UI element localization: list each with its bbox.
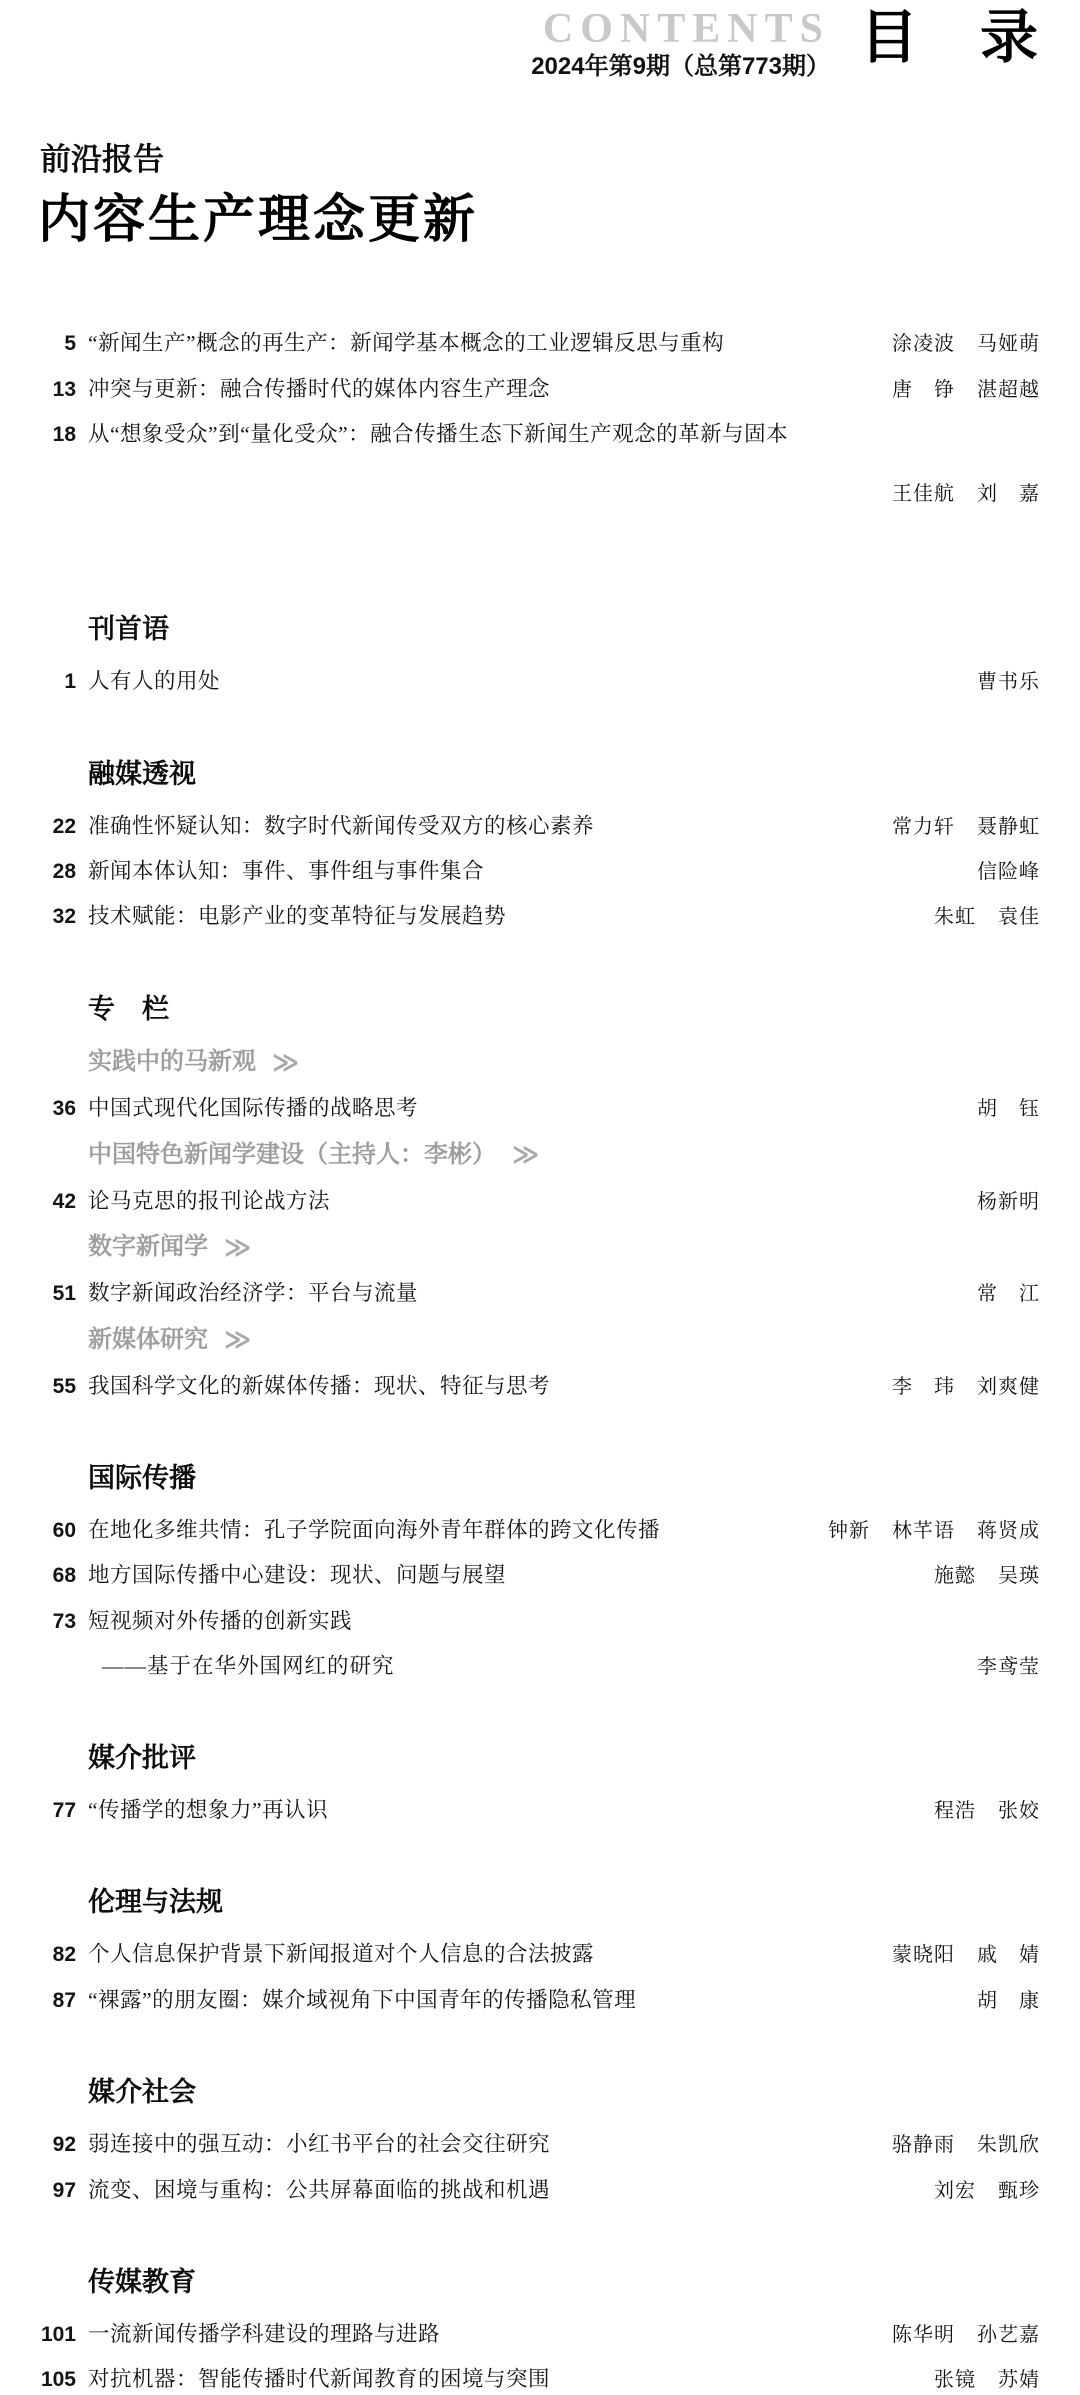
article-title: 中国式现代化国际传播的战略思考 — [88, 1094, 953, 1123]
article-authors: 信险峰 — [977, 859, 1040, 886]
article-title: “传播学的想象力”再认识 — [88, 1796, 910, 1825]
section-label: 刊首语 — [88, 614, 1040, 645]
article-authors: 钟新林芊语蒋贤成 — [828, 1518, 1040, 1545]
article-authors: 胡 钰 — [977, 1096, 1040, 1123]
article-authors: 王佳航刘 嘉 — [20, 477, 1040, 506]
author-name: 朱虹 — [934, 904, 976, 931]
page-number: 18 — [20, 421, 76, 449]
article-row: 101一流新闻传播学科建设的理路与进路陈华明孙艺嘉 — [20, 2320, 1040, 2349]
subsection-label: 实践中的马新观 — [88, 1048, 256, 1077]
front-section-label: 前沿报告 — [40, 142, 1040, 178]
article-row: 42论马克思的报刊论战方法杨新明 — [20, 1187, 1040, 1216]
article-row: 87“裸露”的朋友圈：媒介域视角下中国青年的传播隐私管理胡 康 — [20, 1986, 1040, 2015]
feature-article-list: 5“新闻生产”概念的再生产：新闻学基本概念的工业逻辑反思与重构涂凌波马娅萌13冲… — [20, 329, 1040, 506]
section-label: 伦理与法规 — [88, 1887, 1040, 1918]
subsection-label: 新媒体研究 — [88, 1326, 208, 1355]
article-row: 77“传播学的想象力”再认识程浩张姣 — [20, 1796, 1040, 1825]
page-title: 目 录 — [860, 6, 1040, 71]
page-number: 73 — [20, 1608, 76, 1636]
article-title: “新闻生产”概念的再生产：新闻学基本概念的工业逻辑反思与重构 — [88, 329, 868, 358]
author-name: 朱凯欣 — [977, 2132, 1040, 2159]
article-row: 55我国科学文化的新媒体传播：现状、特征与思考李 玮刘爽健 — [20, 1372, 1040, 1401]
article-title: 技术赋能：电影产业的变革特征与发展趋势 — [88, 902, 910, 931]
article-title: 我国科学文化的新媒体传播：现状、特征与思考 — [88, 1372, 868, 1401]
page-number: 55 — [20, 1373, 76, 1401]
page-number: 28 — [20, 858, 76, 886]
feature-title: 内容生产理念更新 — [38, 191, 1040, 251]
author-name: 林芊语 — [892, 1518, 955, 1545]
article-title: 准确性怀疑认知：数字时代新闻传受双方的核心素养 — [88, 812, 868, 841]
chevron-right-icon: ≫ — [272, 1047, 297, 1078]
page-number: 68 — [20, 1562, 76, 1590]
article-title: 从“想象受众”到“量化受众”：融合传播生态下新闻生产观念的革新与固本 — [88, 420, 1040, 449]
article-authors: 常 江 — [977, 1281, 1040, 1308]
article-subtitle-row: ——基于在华外国网红的研究李鸢莹 — [20, 1652, 1040, 1681]
author-name: 湛超越 — [977, 377, 1040, 404]
page-number: 101 — [20, 2321, 76, 2349]
author-name: 刘宏 — [934, 2178, 976, 2205]
article-authors: 施懿吴瑛 — [934, 1563, 1040, 1590]
article-title: 流变、困境与重构：公共屏幕面临的挑战和机遇 — [88, 2176, 910, 2205]
article-authors: 陈华明孙艺嘉 — [892, 2322, 1040, 2349]
article-authors: 杨新明 — [977, 1189, 1040, 1216]
article-title: 冲突与更新：融合传播时代的媒体内容生产理念 — [88, 375, 868, 404]
page-number: 87 — [20, 1987, 76, 2015]
article-title: 在地化多维共情：孔子学院面向海外青年群体的跨文化传播 — [88, 1516, 804, 1545]
article-authors: 李 玮刘爽健 — [892, 1374, 1040, 1401]
page-number: 105 — [20, 2366, 76, 2394]
section-label: 融媒透视 — [88, 759, 1040, 790]
article-authors: 张镜苏婧 — [934, 2367, 1040, 2394]
author-name: 苏婧 — [998, 2367, 1040, 2394]
subsection-header: 实践中的马新观≫ — [88, 1047, 1040, 1078]
chevron-right-icon: ≫ — [224, 1232, 249, 1263]
article-row: 18从“想象受众”到“量化受众”：融合传播生态下新闻生产观念的革新与固本 — [20, 420, 1040, 449]
article-authors: 蒙晓阳戚 婧 — [892, 1942, 1040, 1969]
article-row: 105对抗机器：智能传播时代新闻教育的困境与突围张镜苏婧 — [20, 2365, 1040, 2394]
author-name: 刘 嘉 — [977, 477, 1040, 506]
article-row: 97流变、困境与重构：公共屏幕面临的挑战和机遇刘宏甄珍 — [20, 2176, 1040, 2205]
section-label: 专 栏 — [88, 994, 1040, 1025]
author-name: 唐 铮 — [892, 377, 955, 404]
author-name: 聂静虹 — [977, 814, 1040, 841]
page-number: 97 — [20, 2177, 76, 2205]
author-name: 胡 康 — [977, 1988, 1040, 2015]
page-number: 82 — [20, 1941, 76, 1969]
article-row: 92弱连接中的强互动：小红书平台的社会交往研究骆静雨朱凯欣 — [20, 2130, 1040, 2159]
article-title: 论马克思的报刊论战方法 — [88, 1187, 953, 1216]
section: 融媒透视22准确性怀疑认知：数字时代新闻传受双方的核心素养常力轩聂静虹28新闻本… — [20, 759, 1040, 932]
author-name: 甄珍 — [998, 2178, 1040, 2205]
article-row: 13冲突与更新：融合传播时代的媒体内容生产理念唐 铮湛超越 — [20, 375, 1040, 404]
author-name: 陈华明 — [892, 2322, 955, 2349]
author-name: 李 玮 — [892, 1374, 955, 1401]
article-title: 对抗机器：智能传播时代新闻教育的困境与突围 — [88, 2365, 910, 2394]
author-name: 张镜 — [934, 2367, 976, 2394]
article-authors: 刘宏甄珍 — [934, 2178, 1040, 2205]
article-authors: 程浩张姣 — [934, 1798, 1040, 1825]
article-title: 新闻本体认知：事件、事件组与事件集合 — [88, 857, 953, 886]
article-title: 短视频对外传播的创新实践 — [88, 1607, 1040, 1636]
issue-info: 2024年第9期（总第773期） — [531, 53, 830, 82]
article-row: 60在地化多维共情：孔子学院面向海外青年群体的跨文化传播钟新林芊语蒋贤成 — [20, 1516, 1040, 1545]
author-name: 常 江 — [977, 1281, 1040, 1308]
section-label: 媒介社会 — [88, 2077, 1040, 2108]
article-authors: 骆静雨朱凯欣 — [892, 2132, 1040, 2159]
article-authors: 涂凌波马娅萌 — [892, 331, 1040, 358]
subsection-label: 数字新闻学 — [88, 1233, 208, 1262]
article-title: 数字新闻政治经济学：平台与流量 — [88, 1279, 953, 1308]
author-name: 孙艺嘉 — [977, 2322, 1040, 2349]
page-number: 5 — [20, 330, 76, 358]
section: 专 栏实践中的马新观≫36中国式现代化国际传播的战略思考胡 钰中国特色新闻学建设… — [20, 994, 1040, 1401]
page-number: 22 — [20, 813, 76, 841]
author-name: 钟新 — [828, 1518, 870, 1545]
author-name: 刘爽健 — [977, 1374, 1040, 1401]
article-row: 32技术赋能：电影产业的变革特征与发展趋势朱虹袁佳 — [20, 902, 1040, 931]
chevron-right-icon: ≫ — [224, 1324, 249, 1355]
article-title: 地方国际传播中心建设：现状、问题与展望 — [88, 1561, 910, 1590]
article-title: 弱连接中的强互动：小红书平台的社会交往研究 — [88, 2130, 868, 2159]
article-row: 82个人信息保护背景下新闻报道对个人信息的合法披露蒙晓阳戚 婧 — [20, 1940, 1040, 1969]
author-name: 袁佳 — [998, 904, 1040, 931]
page-header: CONTENTS 2024年第9期（总第773期） 目 录 — [20, 6, 1040, 82]
author-name: 张姣 — [998, 1798, 1040, 1825]
article-row: 1人有人的用处曹书乐 — [20, 667, 1040, 696]
section-label: 国际传播 — [88, 1463, 1040, 1494]
article-authors: 李鸢莹 — [977, 1654, 1040, 1681]
section: 刊首语1人有人的用处曹书乐 — [20, 614, 1040, 696]
section: 伦理与法规82个人信息保护背景下新闻报道对个人信息的合法披露蒙晓阳戚 婧87“裸… — [20, 1887, 1040, 2015]
section: 传媒教育101一流新闻传播学科建设的理路与进路陈华明孙艺嘉105对抗机器：智能传… — [20, 2267, 1040, 2395]
page-number: 51 — [20, 1280, 76, 1308]
article-title: “裸露”的朋友圈：媒介域视角下中国青年的传播隐私管理 — [88, 1986, 953, 2015]
article-subtitle: ——基于在华外国网红的研究 — [88, 1652, 953, 1681]
article-title: 人有人的用处 — [88, 667, 953, 696]
chevron-right-icon: ≫ — [512, 1139, 537, 1170]
page-number: 13 — [20, 376, 76, 404]
author-name: 蒙晓阳 — [892, 1942, 955, 1969]
section: 国际传播60在地化多维共情：孔子学院面向海外青年群体的跨文化传播钟新林芊语蒋贤成… — [20, 1463, 1040, 1681]
contents-watermark: CONTENTS — [531, 8, 830, 50]
page-number: 42 — [20, 1188, 76, 1216]
subsection-label: 中国特色新闻学建设（主持人：李彬） — [88, 1141, 496, 1170]
author-name: 程浩 — [934, 1798, 976, 1825]
author-name: 常力轩 — [892, 814, 955, 841]
article-row: 36中国式现代化国际传播的战略思考胡 钰 — [20, 1094, 1040, 1123]
article-authors: 朱虹袁佳 — [934, 904, 1040, 931]
subsection-header: 新媒体研究≫ — [88, 1324, 1040, 1355]
author-name: 信险峰 — [977, 859, 1040, 886]
author-name: 戚 婧 — [977, 1942, 1040, 1969]
article-authors: 唐 铮湛超越 — [892, 377, 1040, 404]
author-name: 施懿 — [934, 1563, 976, 1590]
header-left-block: CONTENTS 2024年第9期（总第773期） — [531, 6, 830, 82]
page-number: 77 — [20, 1797, 76, 1825]
author-name: 王佳航 — [892, 477, 955, 506]
article-row: 28新闻本体认知：事件、事件组与事件集合信险峰 — [20, 857, 1040, 886]
section-label: 传媒教育 — [88, 2267, 1040, 2298]
author-name: 骆静雨 — [892, 2132, 955, 2159]
section-list: 刊首语1人有人的用处曹书乐融媒透视22准确性怀疑认知：数字时代新闻传受双方的核心… — [20, 614, 1040, 2394]
article-title: 一流新闻传播学科建设的理路与进路 — [88, 2320, 868, 2349]
toc-page: CONTENTS 2024年第9期（总第773期） 目 录 前沿报告 内容生产理… — [0, 0, 1080, 2395]
article-authors: 曹书乐 — [977, 669, 1040, 696]
author-name: 吴瑛 — [998, 1563, 1040, 1590]
page-number: 92 — [20, 2131, 76, 2159]
page-number: 1 — [20, 668, 76, 696]
article-row: 5“新闻生产”概念的再生产：新闻学基本概念的工业逻辑反思与重构涂凌波马娅萌 — [20, 329, 1040, 358]
author-name: 李鸢莹 — [977, 1654, 1040, 1681]
author-name: 蒋贤成 — [977, 1518, 1040, 1545]
page-number: 36 — [20, 1095, 76, 1123]
page-number: 60 — [20, 1517, 76, 1545]
section: 媒介批评77“传播学的想象力”再认识程浩张姣 — [20, 1743, 1040, 1825]
page-number: 32 — [20, 903, 76, 931]
author-name: 曹书乐 — [977, 669, 1040, 696]
author-name: 涂凌波 — [892, 331, 955, 358]
article-row: 68地方国际传播中心建设：现状、问题与展望施懿吴瑛 — [20, 1561, 1040, 1590]
section-label: 媒介批评 — [88, 1743, 1040, 1774]
subsection-header: 中国特色新闻学建设（主持人：李彬）≫ — [88, 1139, 1040, 1170]
author-name: 马娅萌 — [977, 331, 1040, 358]
author-name: 胡 钰 — [977, 1096, 1040, 1123]
article-row: 51数字新闻政治经济学：平台与流量常 江 — [20, 1279, 1040, 1308]
article-row: 73短视频对外传播的创新实践 — [20, 1607, 1040, 1636]
article-authors: 常力轩聂静虹 — [892, 814, 1040, 841]
subsection-header: 数字新闻学≫ — [88, 1232, 1040, 1263]
article-authors: 胡 康 — [977, 1988, 1040, 2015]
author-name: 杨新明 — [977, 1189, 1040, 1216]
article-title: 个人信息保护背景下新闻报道对个人信息的合法披露 — [88, 1940, 868, 1969]
section: 媒介社会92弱连接中的强互动：小红书平台的社会交往研究骆静雨朱凯欣97流变、困境… — [20, 2077, 1040, 2205]
article-row: 22准确性怀疑认知：数字时代新闻传受双方的核心素养常力轩聂静虹 — [20, 812, 1040, 841]
